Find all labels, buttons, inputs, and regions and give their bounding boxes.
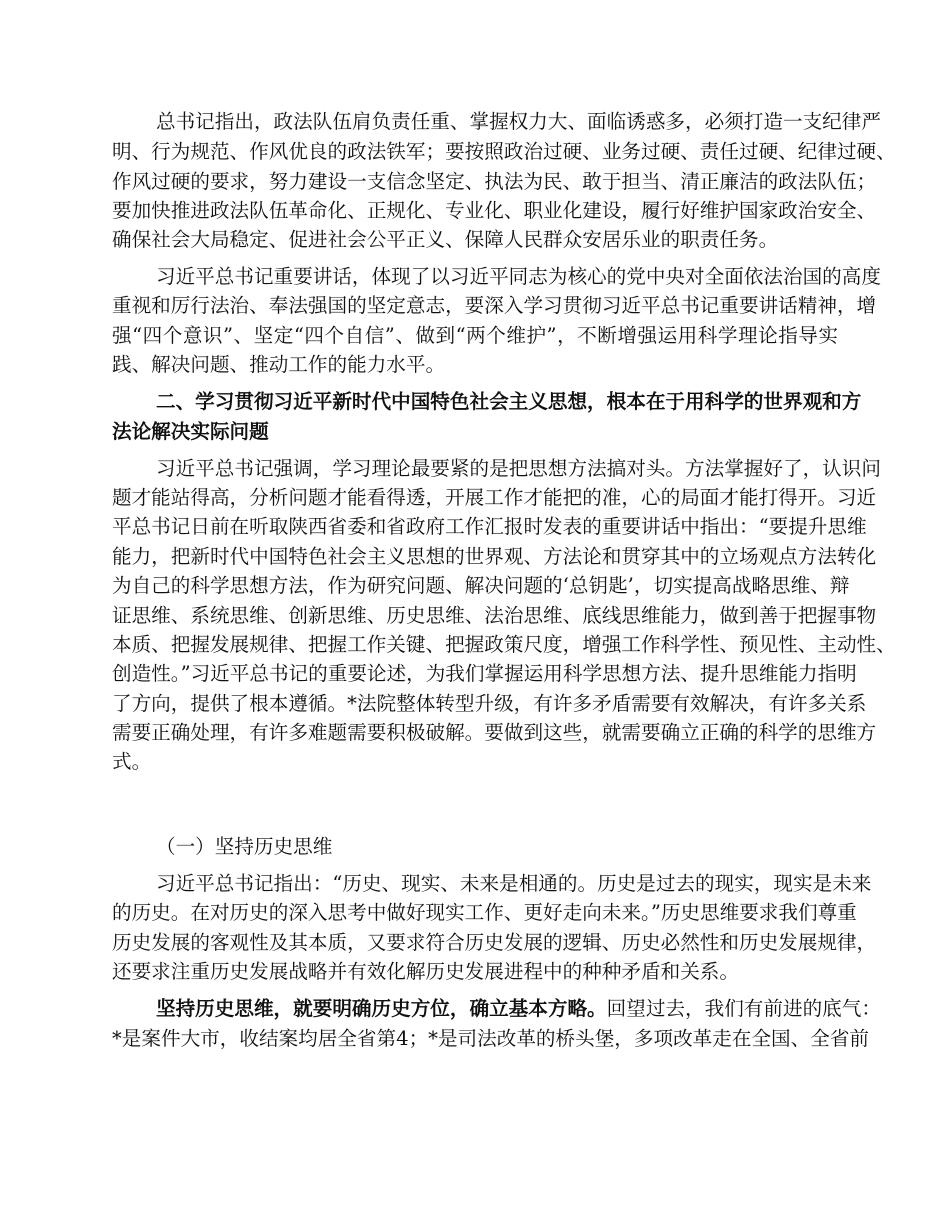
sub-heading-line: （一）坚持历史思维 <box>156 835 332 859</box>
text-line: 能力，把新时代中国特色社会主义思想的世界观、方法论和贯穿其中的立场观点方法转化 <box>112 545 838 569</box>
heading-line: 二、学习贯彻习近平新时代中国特色社会主义思想，根本在于用科学的世界观和方 <box>156 390 838 414</box>
text-line: 还要求注重历史发展战略并有效化解历史发展进程中的种种矛盾和关系。 <box>112 960 838 984</box>
text-line: 总书记指出，政法队伍肩负责任重、掌握权力大、面临诱惑多，必须打造一支纪律严 <box>156 110 838 134</box>
document-page: 总书记指出，政法队伍肩负责任重、掌握权力大、面临诱惑多，必须打造一支纪律严 明、… <box>0 0 950 1230</box>
text-line: 历史发展的客观性及其本质，又要求符合历史发展的逻辑、历史必然性和历史发展规律， <box>112 931 838 955</box>
text-line: 本质、把握发展规律、把握工作关键、把握政策尺度，增强工作科学性、预见性、主动性、 <box>112 633 838 657</box>
heading-line: 法论解决实际问题 <box>112 420 838 444</box>
text-line: 重视和厉行法治、奉法强国的坚定意志，要深入学习贯彻习近平总书记重要讲话精神，增 <box>112 294 838 318</box>
text-line: 了方向，提供了根本遵循。*法院整体转型升级，有许多矛盾需要有效解决，有许多关系 <box>112 692 838 716</box>
text-line: 坚持历史思维，就要明确历史方位，确立基本方略。回望过去，我们有前进的底气： <box>156 997 838 1021</box>
text-line: *是案件大市，收结案均居全省第4；*是司法改革的桥头堡，多项改革走在全国、全省前 <box>112 1027 838 1051</box>
text-line: 作风过硬的要求，努力建设一支信念坚定、执法为民、敢于担当、清正廉洁的政法队伍； <box>112 170 838 194</box>
text-line: 为自己的科学思想方法，作为研究问题、解决问题的‘总钥匙’，切实提高战略思维、辩 <box>112 574 838 598</box>
text-line: 明、行为规范、作风优良的政法铁军；要按照政治过硬、业务过硬、责任过硬、纪律过硬、 <box>112 140 838 164</box>
text-line: 要加快推进政法队伍革命化、正规化、专业化、职业化建设，履行好维护国家政治安全、 <box>112 199 838 223</box>
lead-rest-text: 回望过去，我们有前进的底气： <box>607 997 881 1020</box>
text-line: 证思维、系统思维、创新思维、历史思维、法治思维、底线思维能力，做到善于把握事物 <box>112 604 838 628</box>
text-line: 习近平总书记重要讲话，体现了以习近平同志为核心的党中央对全面依法治国的高度 <box>156 265 838 289</box>
text-line: 题才能站得高，分析问题才能看得透，开展工作才能把的准，心的局面才能打得开。习近 <box>112 486 838 510</box>
text-line: 需要正确处理，有许多难题需要积极破解。要做到这些，就需要确立正确的科学的思维方 <box>112 721 838 745</box>
bold-lead-text: 坚持历史思维，就要明确历史方位，确立基本方略。 <box>156 997 607 1020</box>
text-line: 创造性。”习近平总书记的重要论述，为我们掌握运用科学思想方法、提升思维能力指明 <box>112 662 838 686</box>
text-line: 的历史。在对历史的深入思考中做好现实工作、更好走向未来。”历史思维要求我们尊重 <box>112 901 838 925</box>
text-line: 践、解决问题、推动工作的能力水平。 <box>112 353 838 377</box>
text-line: 习近平总书记强调，学习理论最要紧的是把思想方法搞对头。方法掌握好了，认识问 <box>156 457 838 481</box>
text-line: 习近平总书记指出：“历史、现实、未来是相通的。历史是过去的现实，现实是未来 <box>156 872 838 896</box>
text-line: 确保社会大局稳定、促进社会公平正义、保障人民群众安居乐业的职责任务。 <box>112 228 838 252</box>
text-line: 平总书记日前在听取陕西省委和省政府工作汇报时发表的重要讲话中指出：“要提升思维 <box>112 515 838 539</box>
text-line: 式。 <box>112 750 838 774</box>
text-line: 强“四个意识”、坚定“四个自信”、做到“两个维护”，不断增强运用科学理论指导实 <box>112 324 838 348</box>
